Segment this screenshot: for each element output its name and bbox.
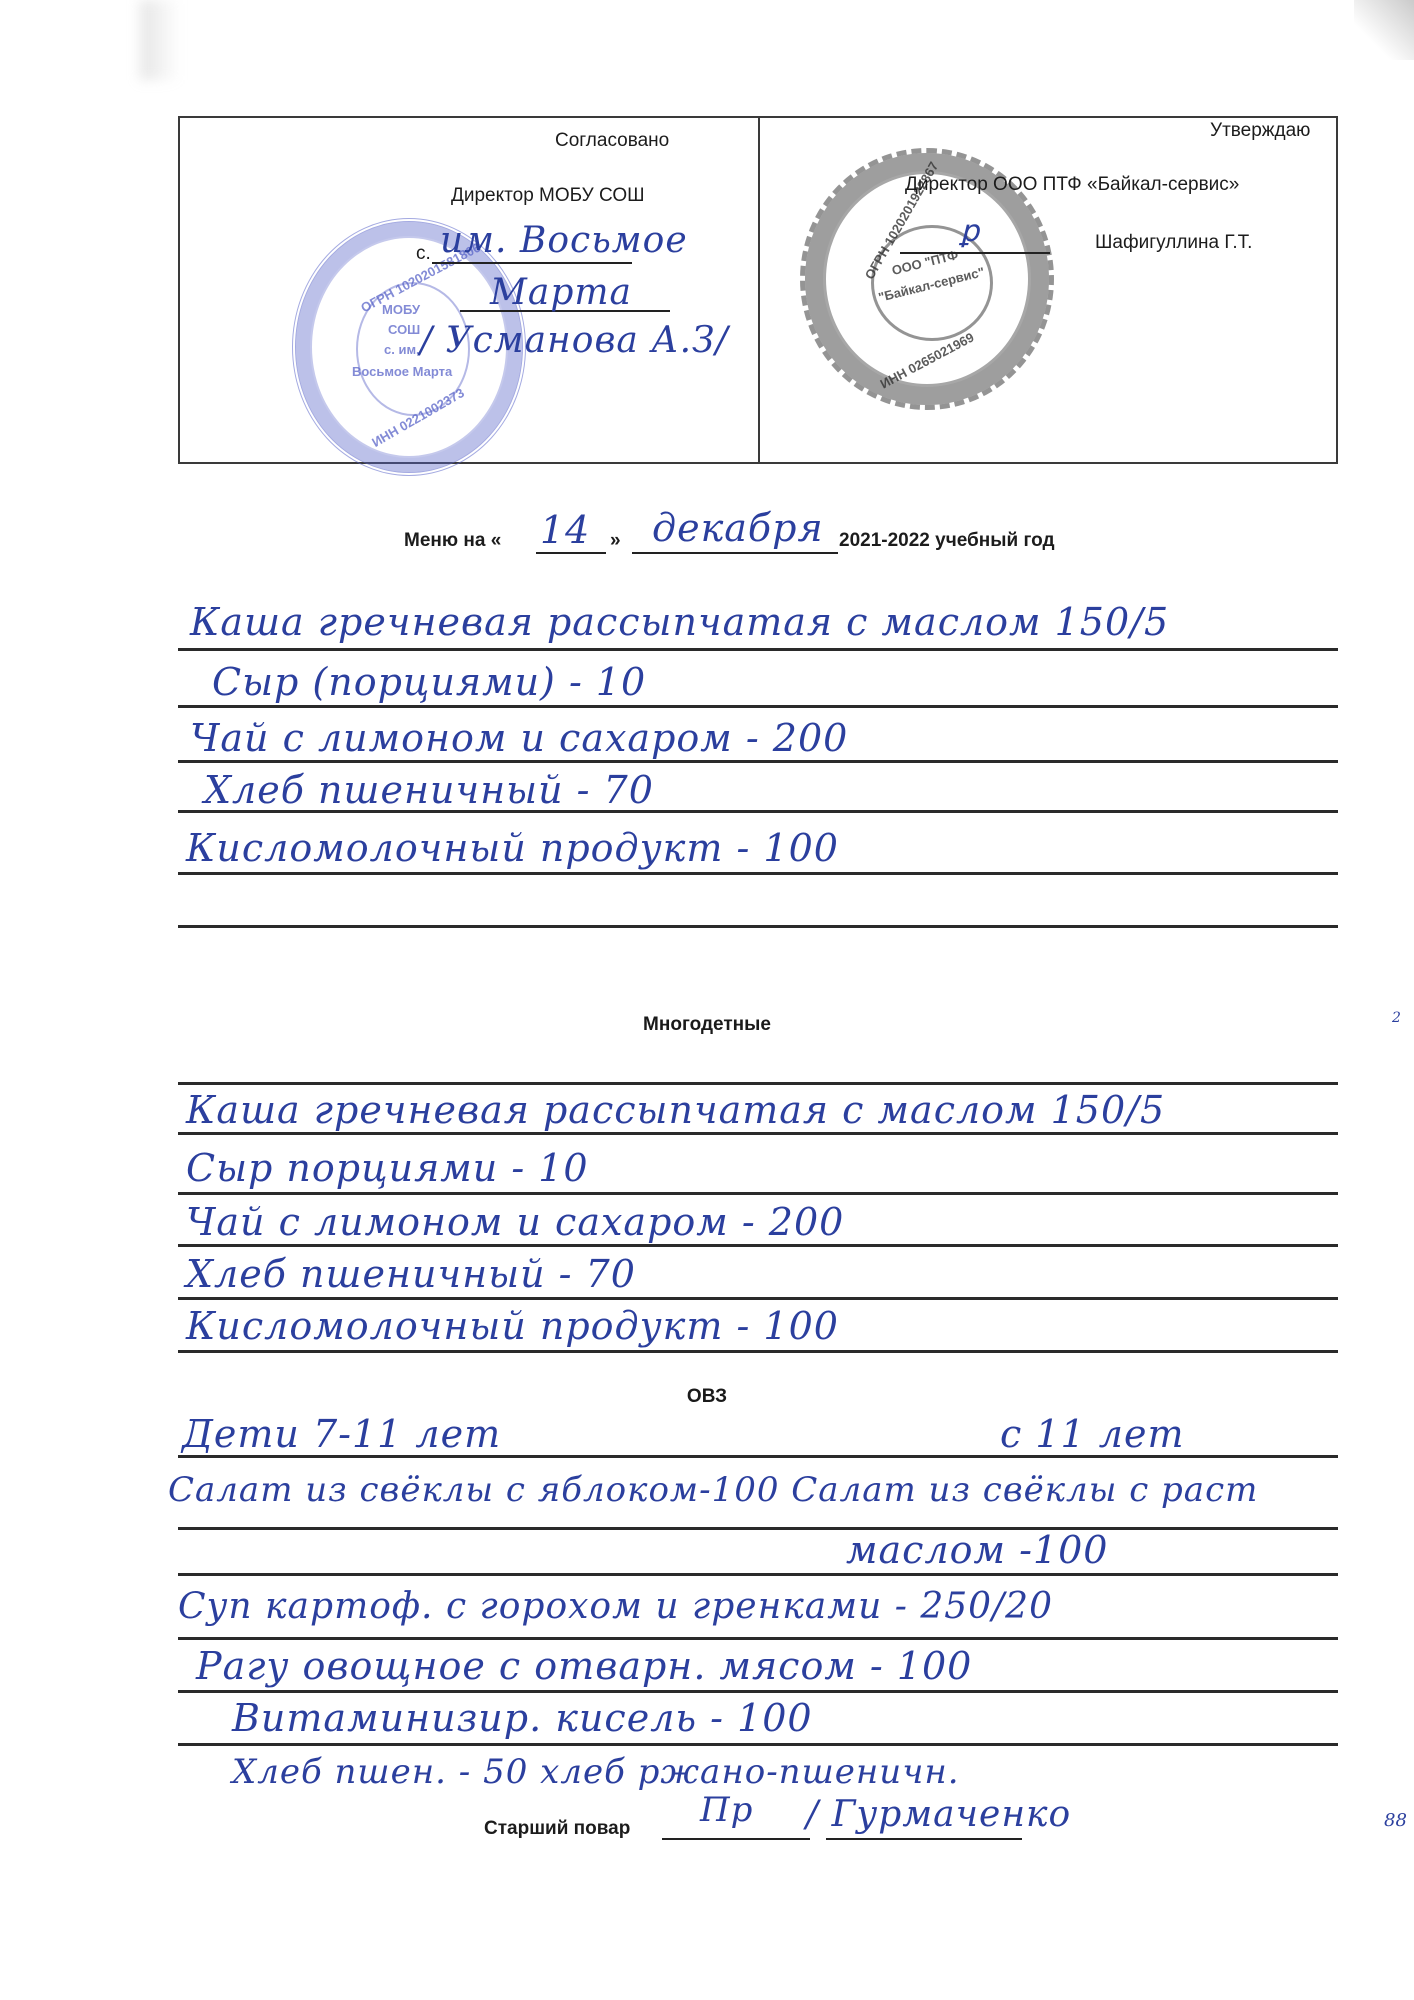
table-divider <box>758 118 760 462</box>
village-handwritten: им. Восьмое <box>440 220 688 261</box>
rule-line <box>178 1573 1338 1576</box>
school-director-signature: / Усманова А.З/ <box>420 320 729 361</box>
approve-heading: Утверждаю <box>1210 120 1310 142</box>
rule-line <box>178 648 1338 651</box>
menu-day-handwritten: 14 <box>540 508 590 552</box>
rule-line <box>178 1297 1338 1300</box>
month-underline <box>632 552 838 554</box>
menu-title-suffix: 2021-2022 учебный год <box>839 530 1055 552</box>
rule-line <box>178 1244 1338 1247</box>
village-prefix: с. <box>416 243 431 265</box>
company-director-position: Директор ООО ПТФ «Байкал-сервис» <box>905 174 1239 196</box>
menu-item: маслом -100 <box>846 1528 1108 1572</box>
head-cook-label: Старший повар <box>484 1818 630 1840</box>
menu-item: Каша гречневая рассыпчатая с маслом 150/… <box>190 600 1169 644</box>
menu-item: Рагу овощное с отварн. мясом - 100 <box>196 1644 972 1688</box>
ovz-age-group-right: с 11 лет <box>1000 1412 1185 1456</box>
rule-line <box>178 705 1338 708</box>
school-stamp-center-4: Восьмое Марта <box>352 364 452 379</box>
menu-item: Кисломолочный продукт - 100 <box>186 826 839 870</box>
rule-line <box>178 1743 1338 1746</box>
scan-fold-corner <box>1354 0 1414 60</box>
margin-mark: 2 <box>1392 1010 1401 1026</box>
rule-line <box>178 1690 1338 1693</box>
ovz-title: ОВЗ <box>0 1386 1414 1408</box>
school-stamp-center-3: с. им. <box>384 342 420 357</box>
menu-item: Кисломолочный продукт - 100 <box>186 1304 839 1348</box>
menu-item: Чай с лимоном и сахаром - 200 <box>190 716 848 760</box>
rule-line <box>178 760 1338 763</box>
menu-item: Сыр (порциями) - 10 <box>212 660 646 704</box>
rule-line <box>178 925 1338 928</box>
menu-month-handwritten: декабря <box>652 506 824 550</box>
menu-item: Витаминизир. кисель - 100 <box>232 1696 813 1740</box>
large-families-title: Многодетные <box>0 1014 1414 1036</box>
menu-item: Салат из свёклы с яблоком-100 Салат из с… <box>168 1470 1258 1510</box>
rule-line <box>178 1192 1338 1195</box>
rule-line <box>178 1132 1338 1135</box>
agreed-heading: Согласовано <box>555 130 669 152</box>
rule-line <box>178 872 1338 875</box>
rule-line <box>178 1350 1338 1353</box>
head-cook-signature-line <box>662 1838 810 1840</box>
menu-title-middle: » <box>610 530 621 552</box>
day-underline <box>536 552 606 554</box>
menu-item: Хлеб пшеничный - 70 <box>186 1252 636 1296</box>
scan-shadow <box>140 0 180 80</box>
company-signature-line <box>900 252 1050 254</box>
head-cook-name-line <box>826 1838 1022 1840</box>
head-cook-name: / Гурмаченко <box>806 1794 1071 1835</box>
rule-line <box>178 1455 1338 1458</box>
school-director-position: Директор МОБУ СОШ <box>451 185 645 207</box>
company-director-signature: ꝑ <box>960 214 980 249</box>
rule-line <box>178 1637 1338 1640</box>
village-underline <box>432 262 632 264</box>
menu-item: Суп картоф. с горохом и гренками - 250/2… <box>178 1586 1053 1627</box>
menu-title-prefix: Меню на « <box>404 530 501 552</box>
school-stamp-center-2: СОШ <box>388 322 420 337</box>
page-number: 88 <box>1384 1810 1407 1831</box>
rule-line <box>178 1527 1338 1530</box>
company-director-name: Шафигуллина Г.Т. <box>1095 232 1252 254</box>
rule-line <box>178 1082 1338 1085</box>
ovz-age-group-left: Дети 7-11 лет <box>182 1412 501 1456</box>
menu-item: Чай с лимоном и сахаром - 200 <box>186 1200 844 1244</box>
menu-item: Каша гречневая рассыпчатая с маслом 150/… <box>186 1088 1165 1132</box>
village-handwritten-2: Марта <box>490 272 632 313</box>
school-stamp-center-1: МОБУ <box>382 302 420 317</box>
menu-item: Сыр порциями - 10 <box>186 1146 589 1190</box>
menu-item: Хлеб пшеничный - 70 <box>204 768 654 812</box>
menu-item: Хлеб пшен. - 50 хлеб ржано-пшеничн. <box>232 1752 960 1792</box>
head-cook-signature: Пр <box>700 1790 753 1830</box>
